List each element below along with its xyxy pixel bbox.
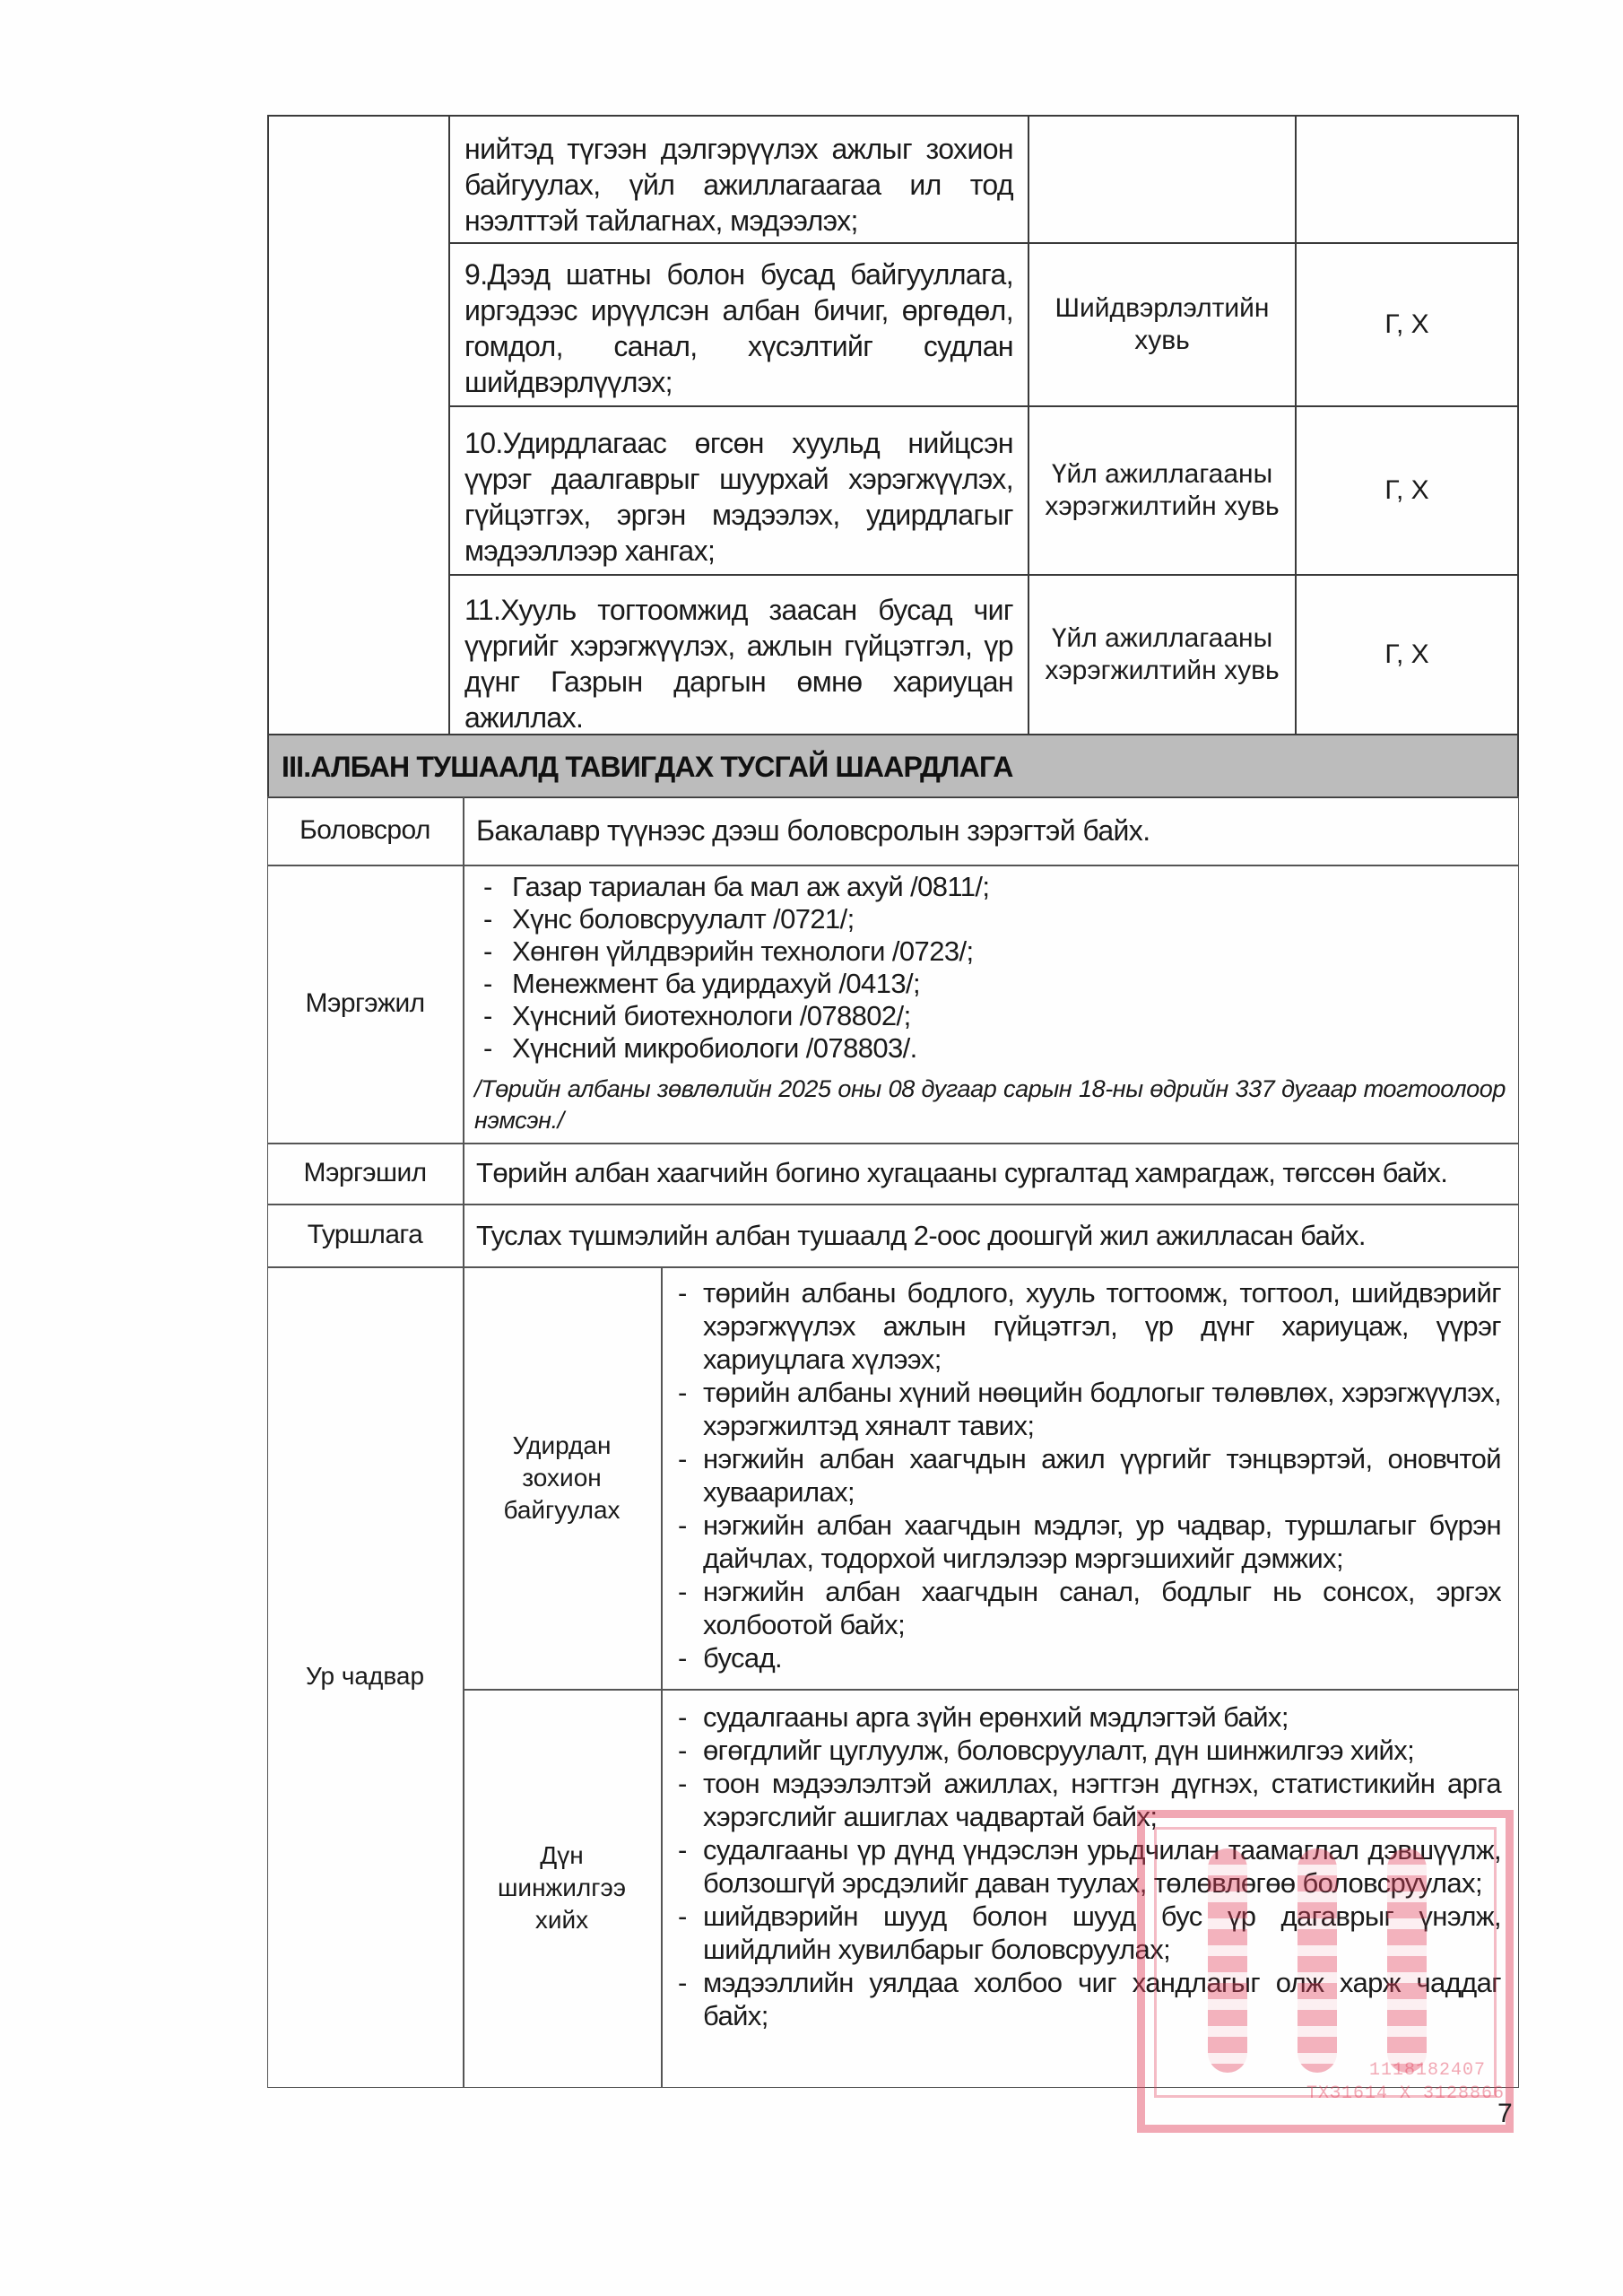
skills-label-cell: Ур чадвар bbox=[267, 1266, 464, 2088]
skill-item: төрийн албаны хүний нөөцийн бодлогыг төл… bbox=[676, 1376, 1501, 1442]
skill-item: нэгжийн албан хаагчдын мэдлэг, ур чадвар… bbox=[676, 1509, 1501, 1575]
education-value-cell: Бакалавр түүнээс дээш боловсролын зэрэгт… bbox=[463, 796, 1519, 866]
experience-label: Туршлага bbox=[268, 1205, 462, 1265]
profession-item: Хөнгөн үйлдвэрийн технологи /0723/; bbox=[471, 935, 1457, 968]
section-header: III.АЛБАН ТУШААЛД ТАВИГДАХ ТУСГАЙ ШААРДЛ… bbox=[267, 734, 1519, 798]
skill-group-items: судалгааны арга зүйн ерөнхий мэдлэгтэй б… bbox=[676, 1700, 1501, 2032]
document-page: нийтэд түгээн дэлгэрүүлэх ажлыг зохион б… bbox=[0, 0, 1623, 2296]
page-number: 7 bbox=[1497, 2099, 1513, 2129]
duty-code-text: Г, Х bbox=[1297, 407, 1517, 574]
duty-task-text: нийтэд түгээн дэлгэрүүлэх ажлыг зохион б… bbox=[464, 131, 1013, 239]
experience-value-cell: Туслах түшмэлийн албан тушаалд 2-оос доо… bbox=[463, 1204, 1519, 1268]
duty-code-cell bbox=[1295, 115, 1519, 244]
profession-item: Хүнс боловсруулалт /0721/; bbox=[471, 903, 1457, 935]
skill-item: тоон мэдээлэлтэй ажиллах, нэгтгэн дүгнэх… bbox=[676, 1767, 1501, 1833]
experience-label-cell: Туршлага bbox=[267, 1204, 464, 1268]
duty-code-text: Г, Х bbox=[1297, 576, 1517, 734]
education-label-cell: Боловсрол bbox=[267, 796, 464, 866]
skill-group-items: төрийн албаны бодлого, хууль тогтоомж, т… bbox=[676, 1276, 1501, 1674]
skills-label: Ур чадвар bbox=[268, 1267, 462, 2085]
duty-result-text: Үйл ажиллагааны хэрэгжилтийн хувь bbox=[1029, 576, 1295, 734]
skill-group-label-cell: Удирдан зохион байгуулах bbox=[463, 1266, 663, 1691]
skill-item: шийдвэрийн шууд болон шууд бус үр дагавр… bbox=[676, 1900, 1501, 1966]
skill-group-items-cell: төрийн албаны бодлого, хууль тогтоомж, т… bbox=[661, 1266, 1519, 1691]
profession-note: /Төрийн албаны зөвлөлийн 2025 оны 08 дуг… bbox=[474, 1074, 1506, 1136]
skill-group-label-cell: Дүн шинжилгээ хийх bbox=[463, 1689, 663, 2088]
skill-item: судалгааны арга зүйн ерөнхий мэдлэгтэй б… bbox=[676, 1700, 1501, 1734]
skill-item: мэдээллийн уялдаа холбоо чиг хандлагыг о… bbox=[676, 1966, 1501, 2032]
duty-code-cell: Г, Х bbox=[1295, 242, 1519, 407]
duty-task-cell: 11.Хууль тогтоомжид заасан бусад чиг үүр… bbox=[448, 574, 1029, 735]
skill-item: нэгжийн албан хаагчдын ажил үүргийг тэнц… bbox=[676, 1442, 1501, 1509]
duties-empty-column bbox=[267, 115, 450, 735]
qualification-value-cell: Төрийн албан хаагчийн богино хугацааны с… bbox=[463, 1143, 1519, 1205]
duty-result-cell: Шийдвэрлэлтийн хувь bbox=[1028, 242, 1297, 407]
duty-task-cell: 9.Дээд шатны болон бусад байгууллага, ир… bbox=[448, 242, 1029, 407]
profession-item: Газар тариалан ба мал аж ахуй /0811/; bbox=[471, 871, 1457, 903]
duty-task-text: 10.Удирдлагаас өгсөн хуульд нийцсэн үүрэ… bbox=[464, 425, 1013, 569]
skill-item: бусад. bbox=[676, 1641, 1501, 1674]
duty-result-cell: Үйл ажиллагааны хэрэгжилтийн хувь bbox=[1028, 405, 1297, 576]
duty-result-text: Шийдвэрлэлтийн хувь bbox=[1029, 244, 1295, 405]
section-title: III.АЛБАН ТУШААЛД ТАВИГДАХ ТУСГАЙ ШААРДЛ… bbox=[282, 750, 1358, 784]
qualification-value: Төрийн албан хаагчийн богино хугацааны с… bbox=[476, 1156, 1507, 1190]
skill-group-items-cell: судалгааны арга зүйн ерөнхий мэдлэгтэй б… bbox=[661, 1689, 1519, 2088]
profession-label-cell: Мэргэжил bbox=[267, 865, 464, 1144]
duty-task-cell: нийтэд түгээн дэлгэрүүлэх ажлыг зохион б… bbox=[448, 115, 1029, 244]
experience-value: Туслах түшмэлийн албан тушаалд 2-оос доо… bbox=[476, 1219, 1507, 1253]
profession-value-cell: Газар тариалан ба мал аж ахуй /0811/;Хүн… bbox=[463, 865, 1519, 1144]
profession-item: Хүнсний микробиологи /078803/. bbox=[471, 1032, 1457, 1065]
qualification-label: Мэргэшил bbox=[268, 1144, 462, 1203]
profession-item: Хүнсний биотехнологи /078802/; bbox=[471, 1000, 1457, 1032]
skill-item: нэгжийн албан хаагчдын санал, бодлыг нь … bbox=[676, 1575, 1501, 1641]
duty-result-text: Үйл ажиллагааны хэрэгжилтийн хувь bbox=[1029, 407, 1295, 574]
duty-result-cell: Үйл ажиллагааны хэрэгжилтийн хувь bbox=[1028, 574, 1297, 735]
education-label: Боловсрол bbox=[268, 797, 462, 864]
education-value: Бакалавр түүнээс дээш боловсролын зэрэгт… bbox=[476, 813, 1498, 848]
duty-task-text: 11.Хууль тогтоомжид заасан бусад чиг үүр… bbox=[464, 592, 1013, 735]
profession-label: Мэргэжил bbox=[268, 865, 462, 1142]
skill-group-label: Дүн шинжилгээ хийх bbox=[464, 1690, 660, 2085]
duty-task-text: 9.Дээд шатны болон бусад байгууллага, ир… bbox=[464, 257, 1013, 400]
duty-code-text: Г, Х bbox=[1297, 244, 1517, 405]
skill-group-label: Удирдан зохион байгуулах bbox=[464, 1267, 660, 1688]
qualification-label-cell: Мэргэшил bbox=[267, 1143, 464, 1205]
duty-code-cell: Г, Х bbox=[1295, 405, 1519, 576]
skill-item: өгөгдлийг цуглуулж, боловсруулалт, дүн ш… bbox=[676, 1734, 1501, 1767]
duty-result-cell bbox=[1028, 115, 1297, 244]
profession-list: Газар тариалан ба мал аж ахуй /0811/;Хүн… bbox=[471, 871, 1457, 1065]
skill-item: судалгааны үр дүнд үндэслэн урьдчилан та… bbox=[676, 1833, 1501, 1900]
duty-task-cell: 10.Удирдлагаас өгсөн хуульд нийцсэн үүрэ… bbox=[448, 405, 1029, 576]
profession-item: Менежмент ба удирдахуй /0413/; bbox=[471, 968, 1457, 1000]
skill-item: төрийн албаны бодлого, хууль тогтоомж, т… bbox=[676, 1276, 1501, 1376]
duty-code-cell: Г, Х bbox=[1295, 574, 1519, 735]
